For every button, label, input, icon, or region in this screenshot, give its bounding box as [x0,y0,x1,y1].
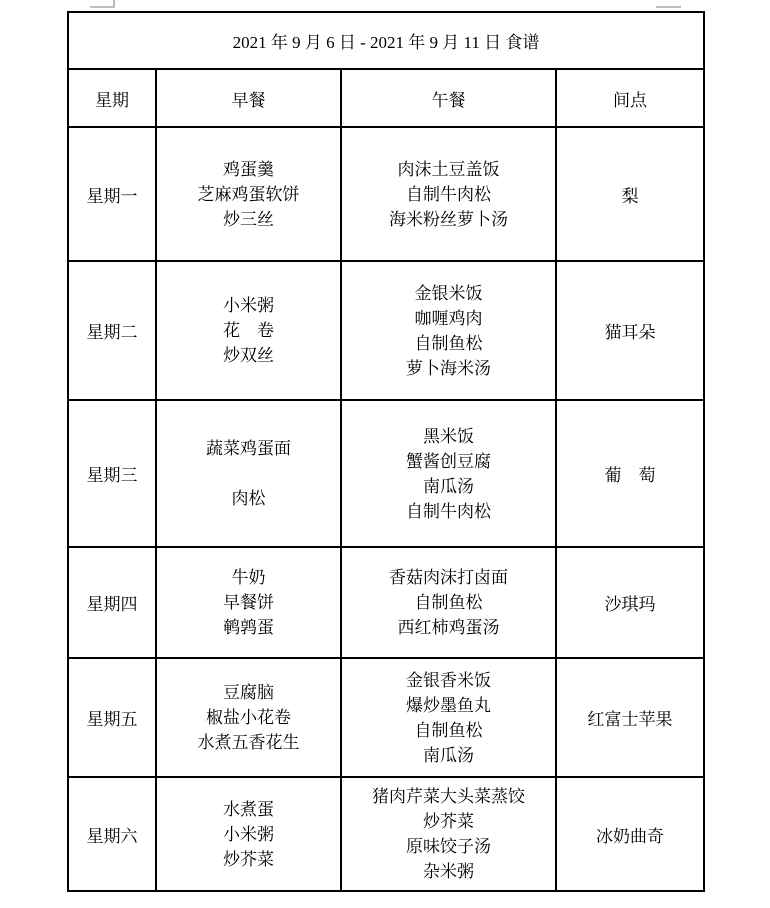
day-cell: 星期五 [68,658,156,777]
title-row: 2021 年 9 月 6 日 - 2021 年 9 月 11 日 食谱 [68,12,704,69]
lunch-cell: 香菇肉沫打卤面自制鱼松西红柿鸡蛋汤 [341,547,556,658]
header-row: 星期 早餐 午餐 间点 [68,69,704,127]
breakfast-cell: 鸡蛋羹芝麻鸡蛋软饼炒三丝 [156,127,341,261]
breakfast-cell: 小米粥花 卷炒双丝 [156,261,341,400]
table-row-tuesday: 星期二 小米粥花 卷炒双丝 金银米饭咖喱鸡肉自制鱼松萝卜海米汤 猫耳朵 [68,261,704,400]
lunch-cell: 金银米饭咖喱鸡肉自制鱼松萝卜海米汤 [341,261,556,400]
document-page: 2021 年 9 月 6 日 - 2021 年 9 月 11 日 食谱 星期 早… [0,0,770,908]
day-cell: 星期四 [68,547,156,658]
column-header-snack: 间点 [556,69,704,127]
lunch-cell: 肉沫土豆盖饭自制牛肉松海米粉丝萝卜汤 [341,127,556,261]
breakfast-cell: 水煮蛋小米粥炒芥菜 [156,777,341,891]
snack-cell: 红富士苹果 [556,658,704,777]
column-header-lunch: 午餐 [341,69,556,127]
table-row-saturday: 星期六 水煮蛋小米粥炒芥菜 猪肉芹菜大头菜蒸饺炒芥菜原味饺子汤杂米粥 冰奶曲奇 [68,777,704,891]
table-title: 2021 年 9 月 6 日 - 2021 年 9 月 11 日 食谱 [68,12,704,69]
table-row-wednesday: 星期三 蔬菜鸡蛋面 肉松 黑米饭蟹酱创豆腐南瓜汤自制牛肉松 葡 萄 [68,400,704,547]
snack-cell: 猫耳朵 [556,261,704,400]
day-cell: 星期二 [68,261,156,400]
snack-cell: 梨 [556,127,704,261]
lunch-cell: 金银香米饭爆炒墨鱼丸自制鱼松南瓜汤 [341,658,556,777]
lunch-cell: 猪肉芹菜大头菜蒸饺炒芥菜原味饺子汤杂米粥 [341,777,556,891]
day-cell: 星期三 [68,400,156,547]
day-cell: 星期六 [68,777,156,891]
snack-cell: 葡 萄 [556,400,704,547]
table-row-thursday: 星期四 牛奶早餐饼鹌鹑蛋 香菇肉沫打卤面自制鱼松西红柿鸡蛋汤 沙琪玛 [68,547,704,658]
snack-cell: 沙琪玛 [556,547,704,658]
breakfast-cell: 蔬菜鸡蛋面 肉松 [156,400,341,547]
column-header-breakfast: 早餐 [156,69,341,127]
table-row-friday: 星期五 豆腐脑椒盐小花卷水煮五香花生 金银香米饭爆炒墨鱼丸自制鱼松南瓜汤 红富士… [68,658,704,777]
column-header-day: 星期 [68,69,156,127]
margin-crop-mark-right [656,0,681,8]
breakfast-cell: 豆腐脑椒盐小花卷水煮五香花生 [156,658,341,777]
day-cell: 星期一 [68,127,156,261]
breakfast-cell: 牛奶早餐饼鹌鹑蛋 [156,547,341,658]
snack-cell: 冰奶曲奇 [556,777,704,891]
weekly-menu-table: 2021 年 9 月 6 日 - 2021 年 9 月 11 日 食谱 星期 早… [67,11,705,892]
margin-crop-mark-left [90,0,115,8]
lunch-cell: 黑米饭蟹酱创豆腐南瓜汤自制牛肉松 [341,400,556,547]
table-row-monday: 星期一 鸡蛋羹芝麻鸡蛋软饼炒三丝 肉沫土豆盖饭自制牛肉松海米粉丝萝卜汤 梨 [68,127,704,261]
